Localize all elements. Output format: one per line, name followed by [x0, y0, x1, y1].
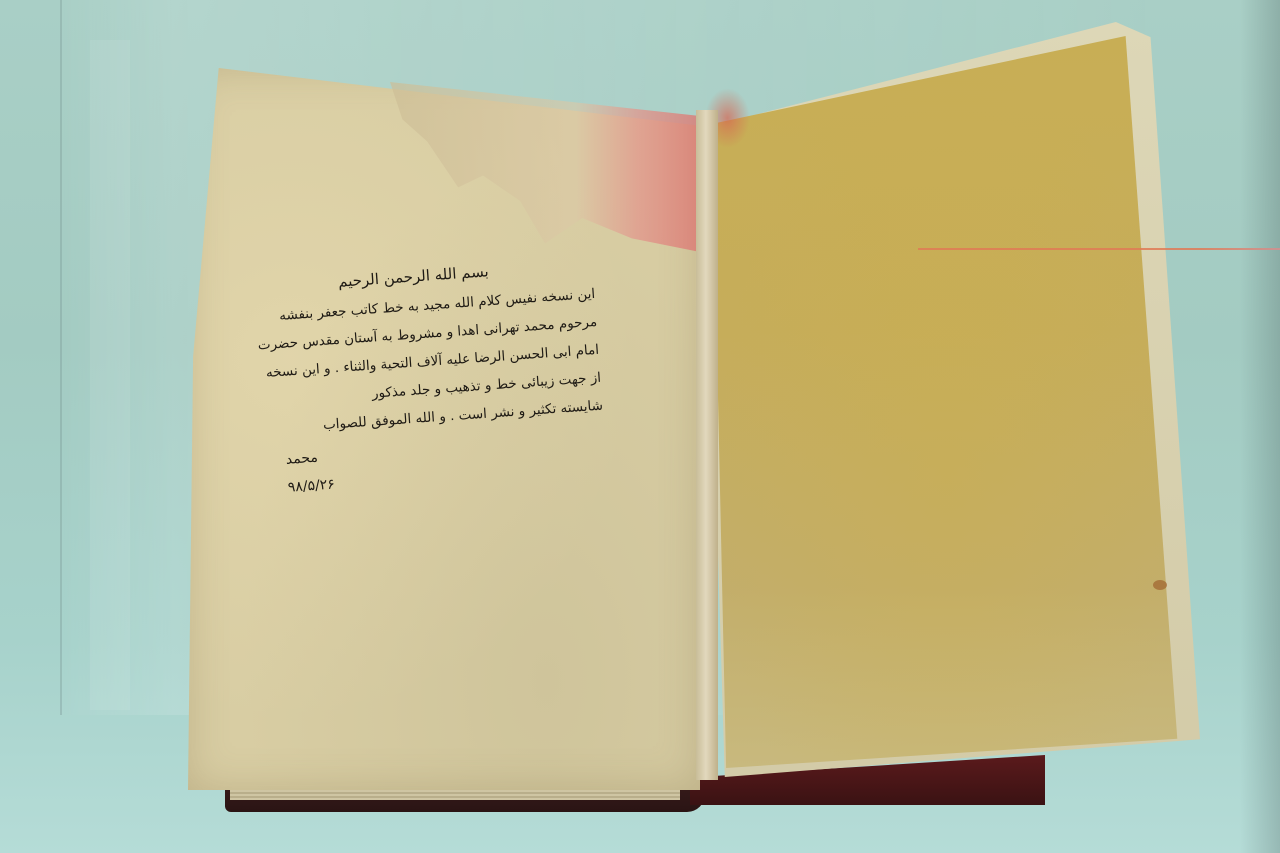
photo-scene: بسم الله الرحمن الرحیم این نسخه نفیس کلا…: [0, 0, 1280, 853]
book-gutter: [696, 110, 718, 780]
right-page-tissue: [712, 36, 1182, 768]
laser-guide-line: [918, 248, 1280, 250]
brown-spot: [1153, 580, 1167, 590]
handwritten-inscription: بسم الله الرحمن الرحیم این نسخه نفیس کلا…: [233, 250, 608, 505]
edge-shadow: [1240, 0, 1280, 853]
glass-reflection: [90, 40, 130, 710]
